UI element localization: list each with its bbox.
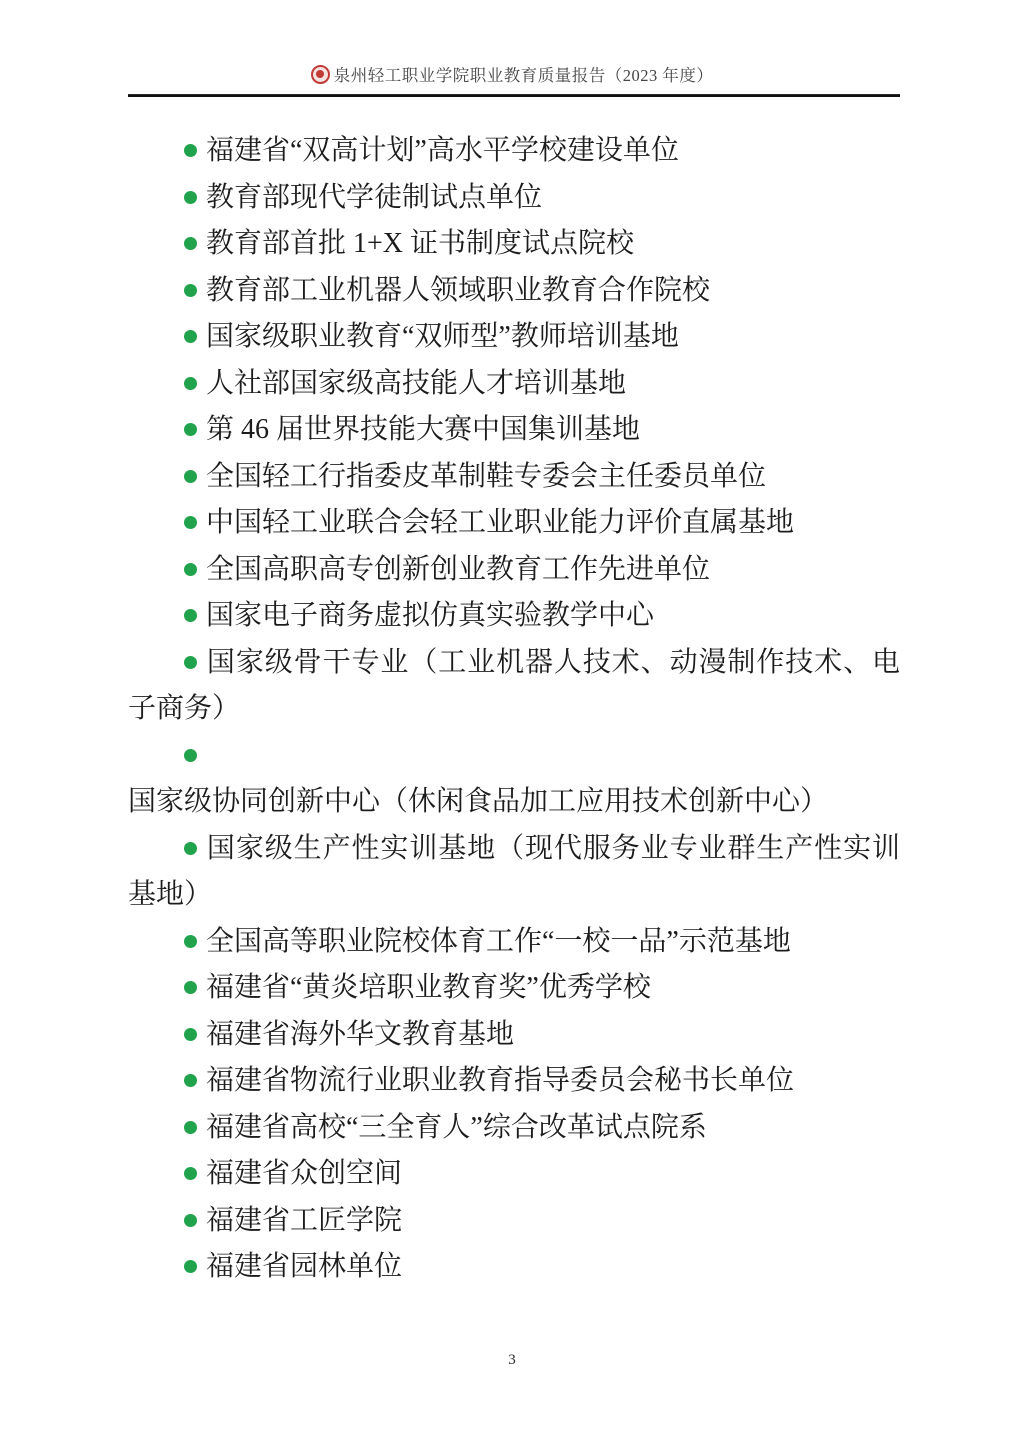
bullet-icon xyxy=(184,470,197,483)
bullet-icon xyxy=(184,1028,197,1041)
list-item-text: 福建省“黄炎培职业教育奖”优秀学校 xyxy=(206,972,651,1003)
page-number: 3 xyxy=(508,1352,516,1368)
list-item-text: 福建省众创空间 xyxy=(206,1158,402,1189)
list-item-text: 国家电子商务虚拟仿真实验教学中心 xyxy=(206,600,654,631)
list-item: 全国高等职业院校体育工作“一校一品”示范基地 xyxy=(128,919,900,966)
list-item: 福建省园林单位 xyxy=(128,1244,900,1291)
list-item-text: 国家级骨干专业（工业机器人技术、动漫制作技术、电子商务） xyxy=(128,647,900,725)
bullet-icon xyxy=(184,1121,197,1134)
list-item: 国家级骨干专业（工业机器人技术、动漫制作技术、电子商务） xyxy=(128,640,900,733)
list-item-text: 国家级协同创新中心（休闲食品加工应用技术创新中心） xyxy=(128,786,828,817)
page-footer: 3 xyxy=(0,1352,1024,1369)
list-item-text: 福建省园林单位 xyxy=(206,1251,402,1282)
list-item: 全国轻工行指委皮革制鞋专委会主任委员单位 xyxy=(128,454,900,501)
bullet-icon xyxy=(184,423,197,436)
bullet-icon xyxy=(184,842,197,855)
bullet-icon xyxy=(184,981,197,994)
list-item: 国家电子商务虚拟仿真实验教学中心 xyxy=(128,593,900,640)
school-seal-core xyxy=(316,70,324,78)
bullet-icon xyxy=(184,330,197,343)
list-item: 全国高职高专创新创业教育工作先进单位 xyxy=(128,547,900,594)
list-item: 教育部首批 1+X 证书制度试点院校 xyxy=(128,221,900,268)
header-title: 泉州轻工职业学院职业教育质量报告（2023 年度） xyxy=(334,62,714,86)
list-item-text: 国家级职业教育“双师型”教师培训基地 xyxy=(206,321,679,352)
school-seal-icon xyxy=(311,65,330,84)
list-item: 福建省物流行业职业教育指导委员会秘书长单位 xyxy=(128,1058,900,1105)
bullet-icon xyxy=(184,749,197,762)
list-item: 教育部现代学徒制试点单位 xyxy=(128,175,900,222)
list-item-text: 教育部工业机器人领域职业教育合作院校 xyxy=(206,275,710,306)
bullet-icon xyxy=(184,1167,197,1180)
list-item-text: 人社部国家级高技能人才培训基地 xyxy=(206,368,626,399)
bullet-icon xyxy=(184,935,197,948)
header-divider xyxy=(128,94,900,97)
list-item-text: 福建省海外华文教育基地 xyxy=(206,1019,514,1050)
bullet-icon xyxy=(184,563,197,576)
bullet-icon xyxy=(184,1260,197,1273)
list-item: 福建省众创空间 xyxy=(128,1151,900,1198)
list-item-text: 福建省物流行业职业教育指导委员会秘书长单位 xyxy=(206,1065,794,1096)
list-item-text: 教育部现代学徒制试点单位 xyxy=(206,182,542,213)
list-item: 中国轻工业联合会轻工业职业能力评价直属基地 xyxy=(128,500,900,547)
list-item: 福建省“黄炎培职业教育奖”优秀学校 xyxy=(128,965,900,1012)
list-item: 福建省高校“三全育人”综合改革试点院系 xyxy=(128,1105,900,1152)
list-item-text: 全国高等职业院校体育工作“一校一品”示范基地 xyxy=(206,926,791,957)
list-item-text: 教育部首批 1+X 证书制度试点院校 xyxy=(206,228,634,259)
list-item-text: 第 46 届世界技能大赛中国集训基地 xyxy=(206,414,640,445)
list-item: 国家级生产性实训基地（现代服务业专业群生产性实训基地） xyxy=(128,826,900,919)
page-header: 泉州轻工职业学院职业教育质量报告（2023 年度） xyxy=(0,62,1024,86)
list-item-text: 福建省“双高计划”高水平学校建设单位 xyxy=(206,135,679,166)
list-item: 福建省“双高计划”高水平学校建设单位 xyxy=(128,128,900,175)
document-page: 泉州轻工职业学院职业教育质量报告（2023 年度） 福建省“双高计划”高水平学校… xyxy=(0,0,1024,1448)
bullet-icon xyxy=(184,609,197,622)
bullet-icon xyxy=(184,1074,197,1087)
bullet-icon xyxy=(184,656,197,669)
list-item: 第 46 届世界技能大赛中国集训基地 xyxy=(128,407,900,454)
list-item: 国家级协同创新中心（休闲食品加工应用技术创新中心） xyxy=(128,733,900,826)
bullet-icon xyxy=(184,1214,197,1227)
list-item-text: 国家级生产性实训基地（现代服务业专业群生产性实训基地） xyxy=(128,833,900,911)
list-item-text: 全国轻工行指委皮革制鞋专委会主任委员单位 xyxy=(206,461,766,492)
list-item: 教育部工业机器人领域职业教育合作院校 xyxy=(128,268,900,315)
achievement-list: 福建省“双高计划”高水平学校建设单位 教育部现代学徒制试点单位 教育部首批 1+… xyxy=(128,128,900,1291)
list-item: 人社部国家级高技能人才培训基地 xyxy=(128,361,900,408)
list-item-text: 福建省高校“三全育人”综合改革试点院系 xyxy=(206,1112,707,1143)
bullet-icon xyxy=(184,377,197,390)
list-item: 福建省海外华文教育基地 xyxy=(128,1012,900,1059)
list-item: 福建省工匠学院 xyxy=(128,1198,900,1245)
bullet-icon xyxy=(184,191,197,204)
bullet-icon xyxy=(184,516,197,529)
bullet-icon xyxy=(184,284,197,297)
bullet-icon xyxy=(184,237,197,250)
list-item-text: 全国高职高专创新创业教育工作先进单位 xyxy=(206,554,710,585)
list-item: 国家级职业教育“双师型”教师培训基地 xyxy=(128,314,900,361)
list-item-text: 福建省工匠学院 xyxy=(206,1205,402,1236)
list-item-text: 中国轻工业联合会轻工业职业能力评价直属基地 xyxy=(206,507,794,538)
bullet-icon xyxy=(184,144,197,157)
